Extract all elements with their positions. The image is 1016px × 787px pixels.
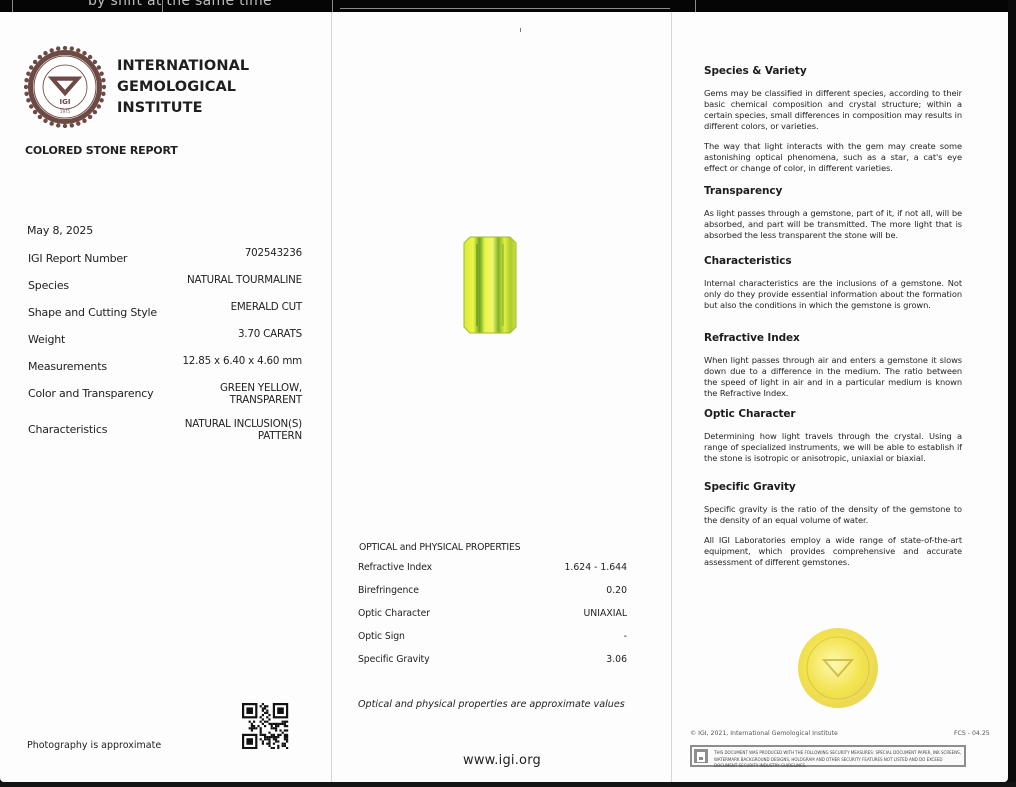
photography-note: Photography is approximate bbox=[27, 740, 161, 751]
emerald-cut-gem-photo bbox=[463, 236, 517, 334]
fold-line bbox=[671, 12, 672, 782]
report-title: COLORED STONE REPORT bbox=[25, 144, 178, 157]
property-label: Optic Sign bbox=[358, 631, 405, 642]
detail-value: 3.70 CARATS bbox=[238, 328, 302, 340]
property-value: 3.06 bbox=[606, 654, 627, 665]
igi-seal-logo-icon: IGI 1975 bbox=[24, 46, 106, 128]
website-link[interactable]: www.igi.org bbox=[463, 753, 541, 768]
property-value: UNIAXIAL bbox=[583, 608, 627, 619]
glossary-heading: Transparency bbox=[704, 185, 962, 197]
copyright-notice: © IGI, 2021, International Gemological I… bbox=[690, 730, 838, 737]
detail-label: Measurements bbox=[28, 360, 107, 373]
qr-code-icon[interactable] bbox=[242, 703, 290, 749]
detail-value: 702543236 bbox=[245, 247, 302, 259]
glossary-section: CharacteristicsInternal characteristics … bbox=[704, 255, 962, 311]
detail-label: IGI Report Number bbox=[28, 252, 127, 265]
institute-name-line: GEMOLOGICAL bbox=[117, 77, 249, 98]
glossary-section: Specific GravitySpecific gravity is the … bbox=[704, 481, 962, 568]
detail-value: GREEN YELLOW,TRANSPARENT bbox=[220, 382, 302, 406]
glossary-paragraph: When light passes through air and enters… bbox=[704, 355, 962, 399]
detail-value: EMERALD CUT bbox=[231, 301, 302, 313]
detail-label: Shape and Cutting Style bbox=[28, 306, 157, 319]
institute-name-line: INTERNATIONAL bbox=[117, 56, 249, 77]
gold-hologram-seal-icon bbox=[796, 626, 880, 710]
detail-value: NATURAL INCLUSION(S)PATTERN bbox=[185, 418, 302, 442]
property-label: Birefringence bbox=[358, 585, 419, 596]
glossary-paragraph: Internal characteristics are the inclusi… bbox=[704, 278, 962, 311]
glossary-paragraph: Gems may be classified in different spec… bbox=[704, 88, 962, 132]
form-code: FCS - 04.25 bbox=[954, 730, 990, 737]
property-value: 0.20 bbox=[606, 585, 627, 596]
glossary-section: Optic CharacterDetermining how light tra… bbox=[704, 408, 962, 464]
glossary-paragraph: Specific gravity is the ratio of the den… bbox=[704, 504, 962, 526]
institute-name-line: INSTITUTE bbox=[117, 98, 249, 119]
detail-value: NATURAL TOURMALINE bbox=[187, 274, 302, 286]
detail-label: Species bbox=[28, 279, 69, 292]
glossary-paragraph: Determining how light travels through th… bbox=[704, 431, 962, 464]
document-edge-shadow bbox=[0, 782, 1016, 787]
document-lock-icon bbox=[694, 749, 708, 763]
glossary-heading: Optic Character bbox=[704, 408, 962, 420]
paper-mark bbox=[520, 28, 521, 32]
glossary-heading: Refractive Index bbox=[704, 332, 962, 344]
detail-label: Color and Transparency bbox=[28, 387, 153, 400]
fold-line bbox=[331, 12, 332, 782]
institute-name: INTERNATIONAL GEMOLOGICAL INSTITUTE bbox=[117, 56, 249, 119]
optical-properties-title: OPTICAL and PHYSICAL PROPERTIES bbox=[359, 542, 520, 553]
optical-note: Optical and physical properties are appr… bbox=[358, 699, 625, 710]
glossary-heading: Characteristics bbox=[704, 255, 962, 267]
property-value: - bbox=[624, 631, 627, 642]
background-line bbox=[340, 8, 670, 9]
property-value: 1.624 - 1.644 bbox=[565, 562, 628, 573]
glossary-section: Refractive IndexWhen light passes throug… bbox=[704, 332, 962, 399]
property-label: Optic Character bbox=[358, 608, 430, 619]
glossary-paragraph: As light passes through a gemstone, part… bbox=[704, 208, 962, 241]
glossary-paragraph: The way that light interacts with the ge… bbox=[704, 141, 962, 174]
property-label: Specific Gravity bbox=[358, 654, 430, 665]
detail-label: Weight bbox=[28, 333, 65, 346]
svg-text:1975: 1975 bbox=[60, 109, 71, 114]
background-caption: by shift at the same time bbox=[88, 0, 272, 9]
security-notice: THIS DOCUMENT WAS PRODUCED WITH THE FOLL… bbox=[690, 745, 966, 767]
property-label: Refractive Index bbox=[358, 562, 432, 573]
glossary-paragraph: All IGI Laboratories employ a wide range… bbox=[704, 535, 962, 568]
detail-label: Characteristics bbox=[28, 423, 107, 436]
glossary-section: TransparencyAs light passes through a ge… bbox=[704, 185, 962, 241]
glossary-heading: Specific Gravity bbox=[704, 481, 962, 493]
glossary-section: Species & VarietyGems may be classified … bbox=[704, 65, 962, 174]
document-edge-shadow bbox=[1008, 0, 1016, 787]
report-date: May 8, 2025 bbox=[27, 224, 93, 237]
detail-value: 12.85 x 6.40 x 4.60 mm bbox=[182, 355, 302, 367]
security-text: THIS DOCUMENT WAS PRODUCED WITH THE FOLL… bbox=[714, 750, 962, 770]
svg-text:IGI: IGI bbox=[60, 98, 71, 106]
glossary-heading: Species & Variety bbox=[704, 65, 962, 77]
